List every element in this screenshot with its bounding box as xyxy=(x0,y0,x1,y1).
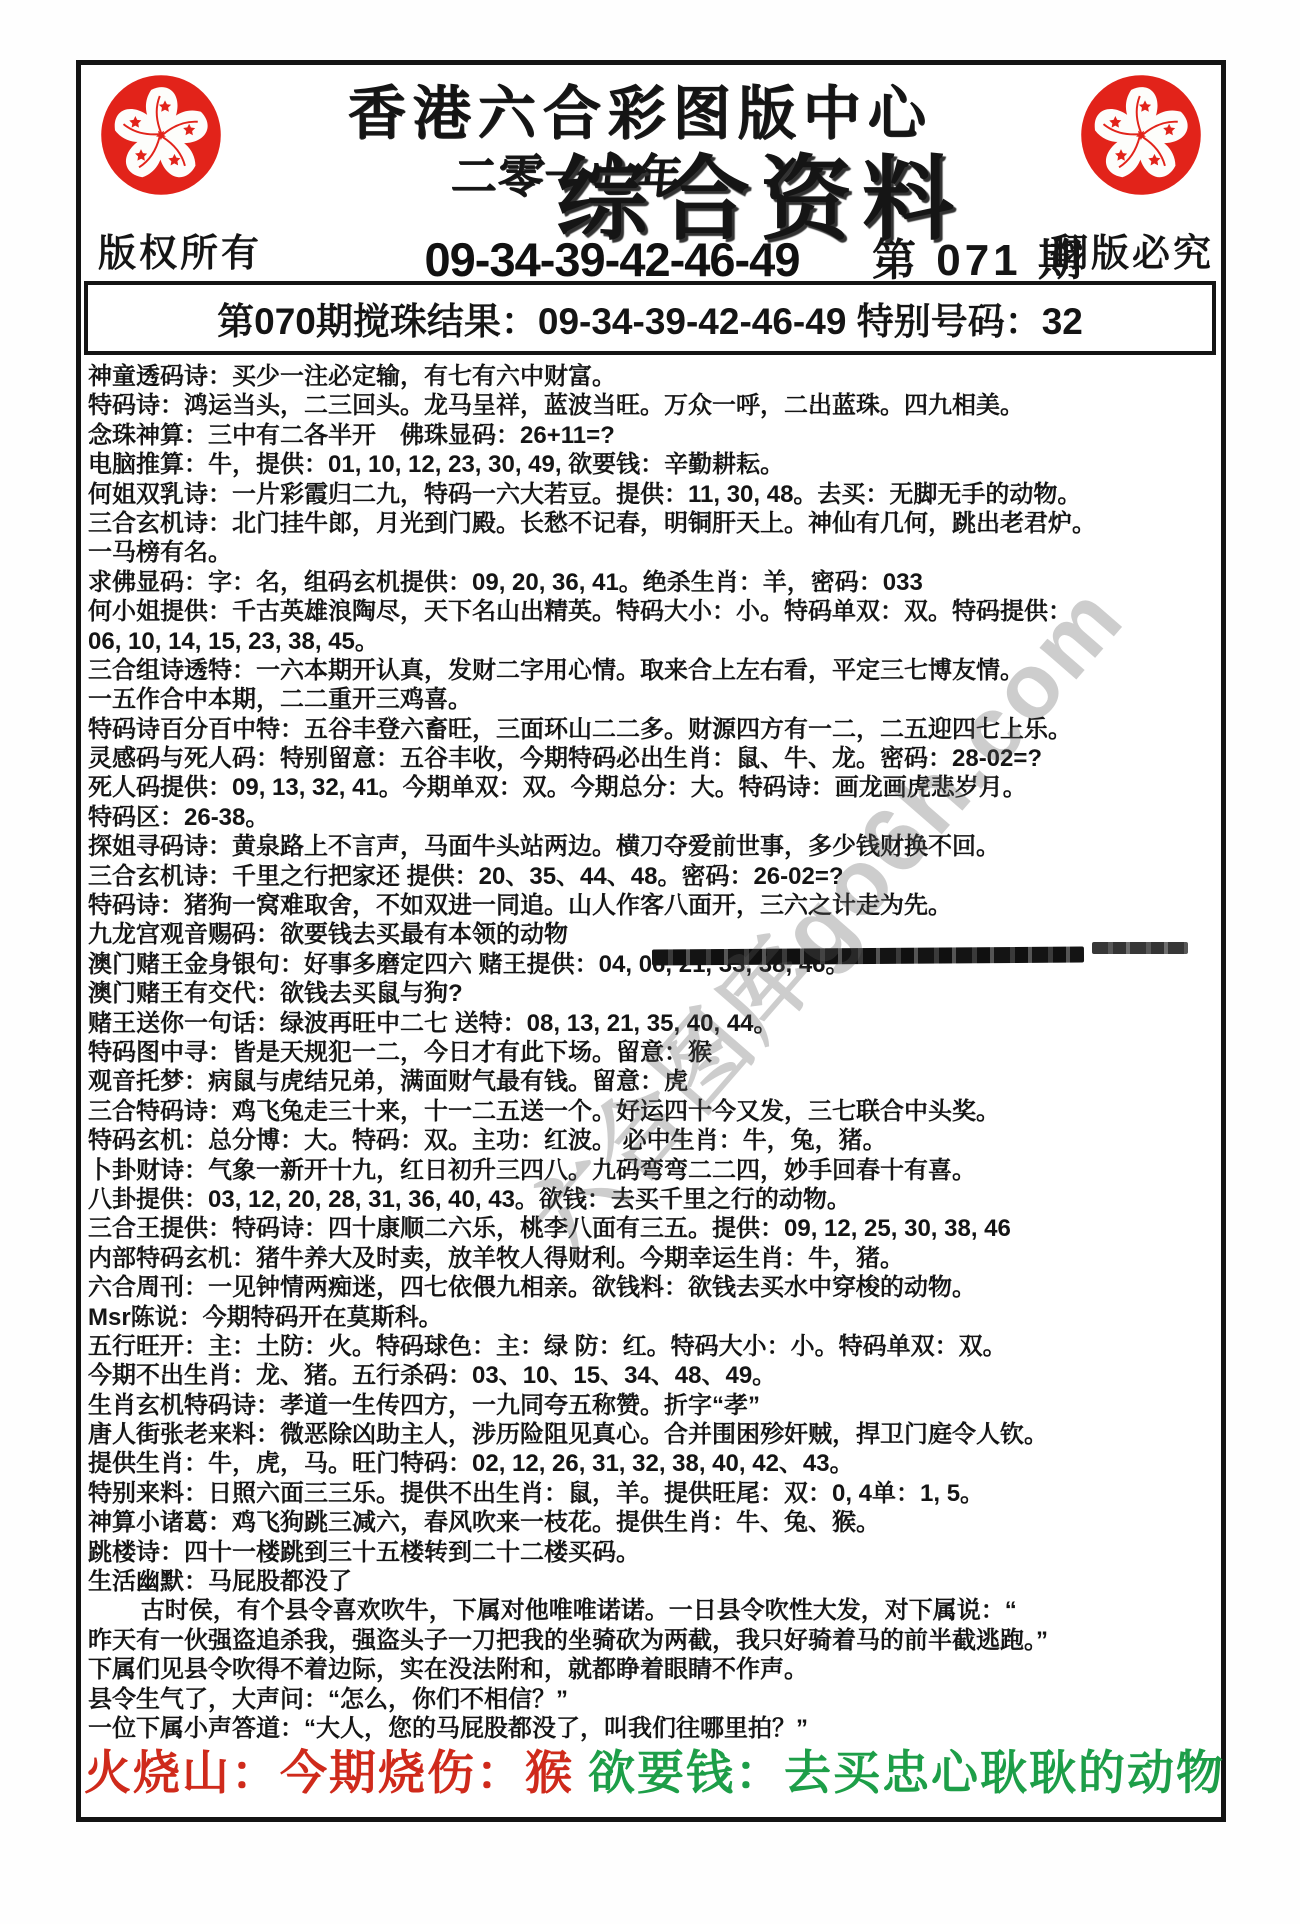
body-line: 灵感码与死人码：特别留意：五谷丰收，今期特码必出生肖：鼠、牛、龙。密码：28-0… xyxy=(88,744,1212,773)
body-line: 神童透码诗：买少一注必定输，有七有六中财富。 xyxy=(88,362,1212,391)
body-line: 五行旺开：主：土防：火。特码球色：主：绿 防：红。特码大小：小。特码单双：双。 xyxy=(88,1332,1212,1361)
body-line: 赌王送你一句话：绿波再旺中二七 送特：08, 13, 21, 35, 40, 4… xyxy=(88,1009,1212,1038)
body-line: 特码玄机：总分博：大。特码：双。主功：红波。 必中生肖：牛，兔，猪。 xyxy=(88,1126,1212,1155)
body-line: 内部特码玄机：猪牛养大及时卖，放羊牧人得财利。今期幸运生肖：牛，猪。 xyxy=(88,1244,1212,1273)
body-line: 今期不出生肖：龙、猪。五行杀码：03、10、15、34、48、49。 xyxy=(88,1361,1212,1390)
body-line: 死人码提供：09, 13, 32, 41。今期单双：双。今期总分：大。特码诗：画… xyxy=(88,773,1212,802)
body-line: 九龙宫观音赐码：欲要钱去买最有本领的动物 xyxy=(88,920,1212,949)
ink-smudge-artifact xyxy=(1092,942,1188,954)
body-line: 三合玄机诗：千里之行把家还 提供：20、35、44、48。密码：26-02=? xyxy=(88,862,1212,891)
body-line: 特码区：26-38。 xyxy=(88,803,1212,832)
footer-red-text: 火烧山：今期烧伤：猴 xyxy=(84,1746,574,1799)
body-line: 何小姐提供：千古英雄浪陶尽，天下名山出精英。特码大小：小。特码单双：双。特码提供… xyxy=(88,597,1212,626)
body-line: 特码图中寻：皆是天规犯一二，今日才有此下场。留意：猴 xyxy=(88,1038,1212,1067)
overprinted-result-numbers: 09-34-39-42-46-49 xyxy=(425,232,800,287)
body-line: 一马榜有名。 xyxy=(88,538,1212,567)
body-line: 古时侯，有个县令喜欢吹牛，下属对他唯唯诺诺。一日县令吹性大发，对下属说：“ xyxy=(88,1596,1212,1625)
body-line: 三合玄机诗：北门挂牛郎，月光到门殿。长愁不记春，明铜肝天上。神仙有几何，跳出老君… xyxy=(88,509,1212,538)
body-line: 何姐双乳诗：一片彩霞归二九，特码一六大若豆。提供：11, 30, 48。去买：无… xyxy=(88,480,1212,509)
body-line: 昨天有一伙强盗追杀我，强盗头子一刀把我的坐骑砍为两截，我只好骑着马的前半截逃跑。… xyxy=(88,1626,1212,1655)
body-line: 县令生气了，大声问：“怎么，你们不相信？” xyxy=(88,1685,1212,1714)
copyright-notice-right: 翻版必究 xyxy=(1050,222,1214,277)
body-line: 三合组诗透特：一六本期开认真，发财二字用心情。取来合上左右看，平定三七博友情。 xyxy=(88,656,1212,685)
body-line: 观音托梦：病鼠与虎结兄弟，满面财气最有钱。留意：虎 xyxy=(88,1067,1212,1096)
body-line: 下属们见县令吹得不着边际，实在没法附和，就都睁着眼睛不作声。 xyxy=(88,1655,1212,1684)
body-line: 特码诗：鸿运当头，二三回头。龙马呈祥，蓝波当旺。万众一呼，二出蓝珠。四九相美。 xyxy=(88,391,1212,420)
body-line: 探姐寻码诗：黄泉路上不言声，马面牛头站两边。横刀夺爱前世事，多少钱财换不回。 xyxy=(88,832,1212,861)
body-line: 生活幽默：马屁股都没了 xyxy=(88,1567,1212,1596)
footer-prediction-line: 火烧山：今期烧伤：猴欲要钱：去买忠心耿耿的动物 xyxy=(84,1736,1208,1803)
body-line: Msr陈说：今期特码开在莫斯科。 xyxy=(88,1303,1212,1332)
body-line: 一五作合中本期，二二重开三鸡喜。 xyxy=(88,685,1212,714)
body-line: 神算小诸葛：鸡飞狗跳三减六，春风吹来一枝花。提供生肖：牛、兔、猴。 xyxy=(88,1508,1212,1537)
body-line: 生肖玄机特码诗：孝道一生传四方，一九同夸五称赞。折字“孝” xyxy=(88,1391,1212,1420)
tips-body: 神童透码诗：买少一注必定输，有七有六中财富。特码诗：鸿运当头，二三回头。龙马呈祥… xyxy=(88,362,1212,1743)
draw-result-box: 第070期搅珠结果：09-34-39-42-46-49 特别号码：32 xyxy=(84,281,1216,355)
body-line: 八卦提供：03, 12, 20, 28, 31, 36, 40, 43。欲钱：去… xyxy=(88,1185,1212,1214)
bauhinia-flag-icon xyxy=(100,74,222,196)
bauhinia-flag-icon xyxy=(1080,74,1202,196)
body-line: 跳楼诗：四十一楼跳到三十五楼转到二十二楼买码。 xyxy=(88,1538,1212,1567)
body-line: 三合特码诗：鸡飞兔走三十来，十一二五送一个。好运四十今又发，三七联合中头奖。 xyxy=(88,1097,1212,1126)
body-line: 提供生肖：牛，虎，马。旺门特码：02, 12, 26, 31, 32, 38, … xyxy=(88,1449,1212,1478)
draw-result-text: 第070期搅珠结果：09-34-39-42-46-49 特别号码：32 xyxy=(217,291,1083,345)
ink-smudge-artifact xyxy=(652,946,1084,965)
body-line: 三合王提供：特码诗：四十康顺二六乐，桃李八面有三五。提供：09, 12, 25,… xyxy=(88,1214,1212,1243)
copyright-notice-left: 版权所有 xyxy=(98,222,262,277)
footer-green-text: 欲要钱：去买忠心耿耿的动物 xyxy=(588,1746,1225,1799)
body-line: 06, 10, 14, 15, 23, 38, 45。 xyxy=(88,627,1212,656)
body-line: 念珠神算：三中有二各半开 佛珠显码：26+11=? xyxy=(88,421,1212,450)
body-line: 卜卦财诗：气象一新开十九，红日初升三四八。九码弯弯二二四，妙手回春十有喜。 xyxy=(88,1156,1212,1185)
body-line: 电脑推算：牛，提供：01, 10, 12, 23, 30, 49, 欲要钱：辛勤… xyxy=(88,450,1212,479)
body-line: 特码诗：猪狗一窝难取舍，不如双进一同追。山人作客八面开，三六之计走为先。 xyxy=(88,891,1212,920)
body-line: 唐人街张老来料：微恶除凶助主人，涉历险阻见真心。合并围困殄奸贼，捍卫门庭令人钦。 xyxy=(88,1420,1212,1449)
body-line: 求佛显码：字：名，组码玄机提供：09, 20, 36, 41。绝杀生肖：羊，密码… xyxy=(88,568,1212,597)
body-line: 特码诗百分百中特：五谷丰登六畜旺，三面环山二二多。财源四方有一二，二五迎四七上乐… xyxy=(88,715,1212,744)
body-line: 特别来料：日照六面三三乐。提供不出生肖：鼠，羊。提供旺尾：双：0, 4单：1, … xyxy=(88,1479,1212,1508)
body-line: 六合周刊：一见钟情两痴迷，四七依偎九相亲。欲钱料：欲钱去买水中穿梭的动物。 xyxy=(88,1273,1212,1302)
lottery-sheet-page: 香港六合彩图版中心 二零一七年 综合资料 第 071 期 版权所有 翻版必究 0… xyxy=(0,0,1300,1924)
body-line: 澳门赌王有交代：欲钱去买鼠与狗? xyxy=(88,979,1212,1008)
